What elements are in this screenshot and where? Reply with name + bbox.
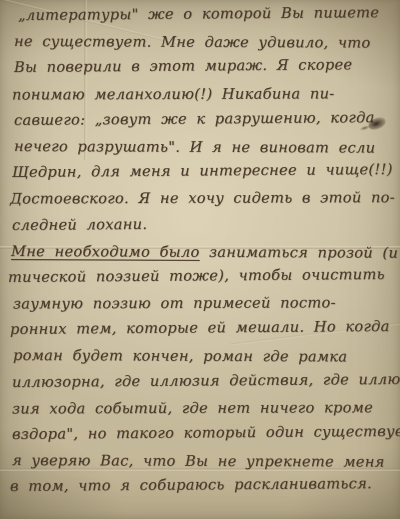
letter-line: „литературы" же о которой Вы пишете [18, 4, 392, 33]
letter-line: зия хода событий, где нет ничего кроме [12, 399, 392, 427]
letter-line: следней лохани. [12, 214, 392, 243]
letter-text: „литературы" же о которой Вы пишетене су… [0, 0, 400, 505]
letter-page: „литературы" же о которой Вы пишетене су… [0, 0, 400, 519]
letter-line: ронних тем, которые ей мешали. Но когда [10, 318, 392, 347]
letter-line: савшего: „зовут же к разрушению, когда [14, 109, 392, 138]
letter-line: иллюзорна, где иллюзия действия, где илл… [12, 371, 392, 400]
letter-line: понимаю меланхолию(!) Никабина пи- [12, 85, 392, 113]
letter-line: в том, что я собираюсь раскланиваться. [10, 475, 392, 504]
letter-line: Вы поверили в этот мираж. Я скорее [14, 56, 392, 85]
letter-line: Достоевского. Я не хочу сидеть в этой по… [10, 189, 392, 217]
letter-line: вздора", но такого который один существу… [12, 423, 392, 452]
letter-line: тической поэзией тоже), чтобы очистить [8, 266, 392, 295]
letter-line: Щедрин, для меня и интереснее и чище(!!) [12, 161, 392, 190]
